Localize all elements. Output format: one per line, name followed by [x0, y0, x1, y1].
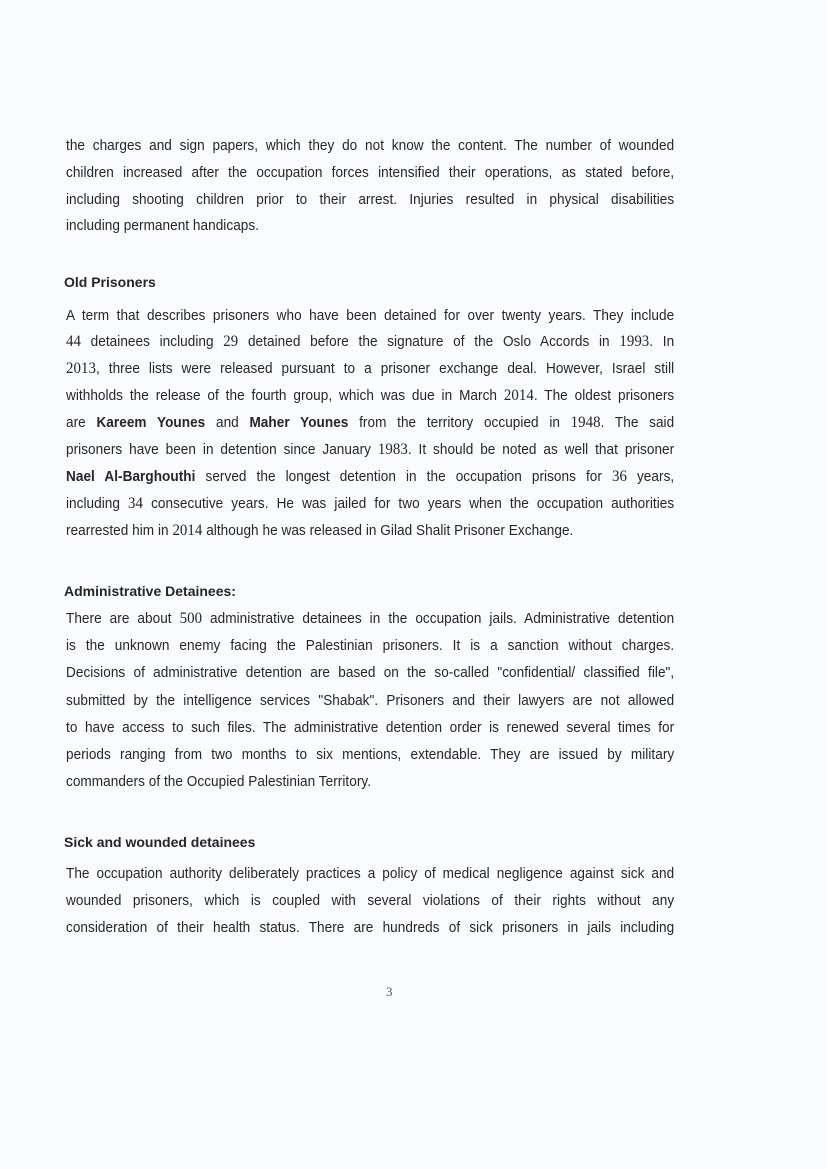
text-line: commanders of the Occupied Palestinian T…: [66, 773, 674, 791]
text-line: There are about 500 administrative detai…: [66, 610, 674, 628]
text-line: prisoners have been in detention since J…: [66, 441, 674, 459]
text-line: including 34 consecutive years. He was j…: [66, 495, 674, 513]
text-line: Nael Al-Barghouthi served the longest de…: [66, 468, 674, 486]
text-line: consideration of their health status. Th…: [66, 919, 674, 937]
section-heading: Sick and wounded detainees: [64, 833, 255, 851]
text-line: Decisions of administrative detention ar…: [66, 664, 674, 682]
text-line: The occupation authority deliberately pr…: [66, 865, 674, 883]
section-heading: Administrative Detainees:: [64, 582, 236, 600]
text-line: including shooting children prior to the…: [66, 191, 674, 209]
text-line: 44 detainees including 29 detained befor…: [66, 333, 674, 351]
text-line: are Kareem Younes and Maher Younes from …: [66, 414, 674, 432]
section-heading: Old Prisoners: [64, 273, 156, 291]
text-line: submitted by the intelligence services "…: [66, 692, 674, 710]
text-line: A term that describes prisoners who have…: [66, 307, 674, 325]
text-line: withholds the release of the fourth grou…: [66, 387, 674, 405]
page-number: 3: [386, 984, 393, 1000]
text-line: periods ranging from two months to six m…: [66, 746, 674, 764]
text-line: rearrested him in 2014 although he was r…: [66, 522, 674, 540]
text-line: 2013, three lists were released pursuant…: [66, 360, 674, 378]
text-line: the charges and sign papers, which they …: [66, 137, 674, 155]
text-line: children increased after the occupation …: [66, 164, 674, 182]
text-line: to have access to such files. The admini…: [66, 719, 674, 737]
text-line: is the unknown enemy facing the Palestin…: [66, 637, 674, 655]
document-page: the charges and sign papers, which they …: [0, 0, 827, 1169]
text-line: wounded prisoners, which is coupled with…: [66, 892, 674, 910]
text-line: including permanent handicaps.: [66, 217, 674, 235]
